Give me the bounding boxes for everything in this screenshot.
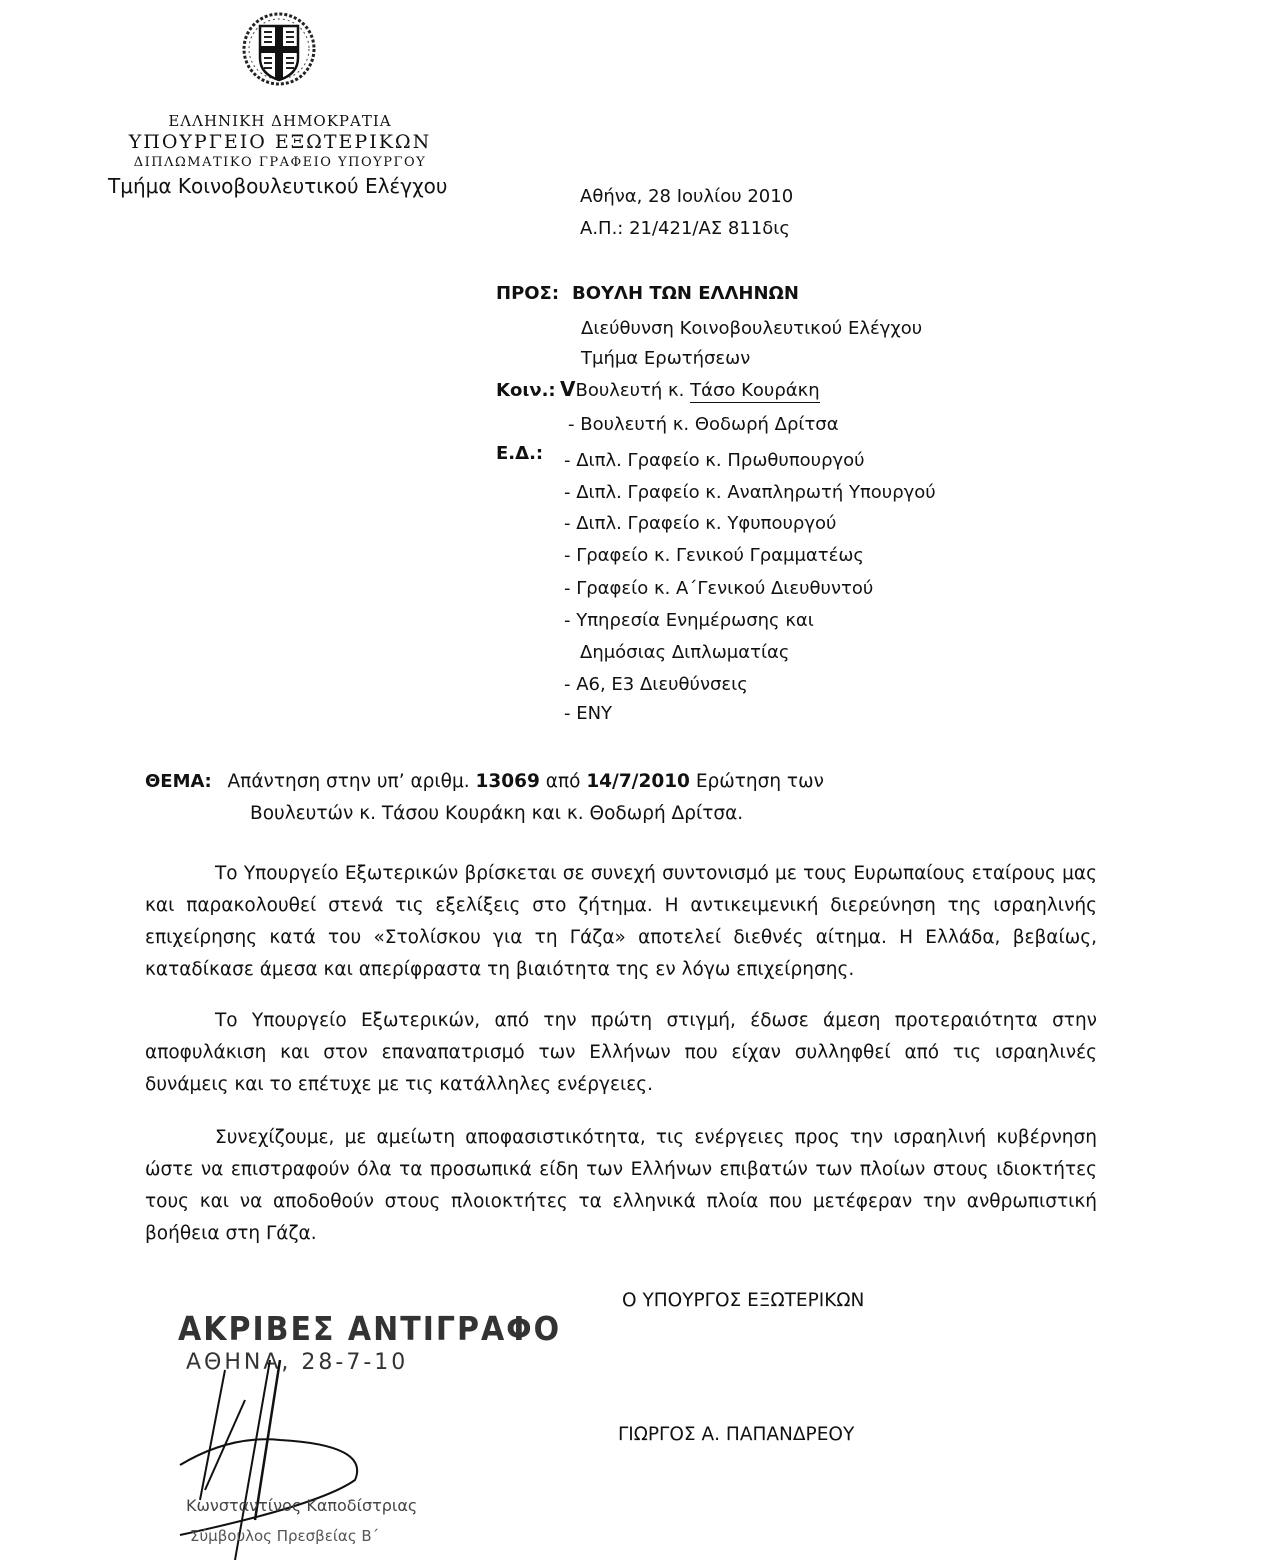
to-label: ΠΡΟΣ:	[496, 283, 559, 304]
internal-item: - Διπλ. Γραφείο κ. Υφυπουργού	[564, 513, 836, 534]
letterhead-office: ΔΙΠΛΩΜΑΤΙΚΟ ΓΡΑΦΕΙΟ ΥΠΟΥΡΓΟΥ	[100, 155, 460, 170]
body-paragraph: Συνεχίζουμε, με αμείωτη αποφασιστικότητα…	[145, 1122, 1097, 1250]
internal-item: - ΕΝΥ	[564, 703, 612, 724]
underlined-name: Τάσο Κουράκη	[690, 380, 820, 403]
letterhead-ministry: ΥΠΟΥΡΓΕΙΟ ΕΞΩΤΕΡΙΚΩΝ	[100, 131, 460, 153]
letterhead-department: Τμήμα Κοινοβουλευτικού Ελέγχου	[108, 174, 447, 198]
place-date: Αθήνα, 28 Ιουλίου 2010	[580, 186, 793, 207]
to-line-1: Διεύθυνση Κοινοβουλευτικού Ελέγχου	[581, 318, 922, 339]
greek-coat-of-arms-icon	[240, 8, 318, 90]
signatory-name: ΓΙΩΡΓΟΣ Α. ΠΑΠΑΝΔΡΕΟΥ	[618, 1424, 854, 1445]
internal-distribution-label: Ε.Δ.:	[496, 443, 543, 464]
internal-item: - Διπλ. Γραφείο κ. Πρωθυπουργού	[564, 450, 865, 471]
internal-item: Δημόσιας Διπλωματίας	[580, 642, 789, 663]
stamp-signer-name: Κωνσταντίνος Καποδίστριας	[186, 1496, 417, 1515]
internal-item: - Διπλ. Γραφείο κ. Αναπληρωτή Υπουργού	[564, 482, 936, 503]
subject-line: ΘΕΜΑ: Απάντηση στην υπ’ αριθμ. 13069 από…	[145, 771, 824, 792]
body-paragraph: Το Υπουργείο Εξωτερικών βρίσκεται σε συν…	[145, 858, 1097, 986]
cc-item: VΒουλευτή κ. Τάσο Κουράκη	[560, 377, 820, 401]
stamp-signer-role: Σύμβουλος Πρεσβείας Β΄	[190, 1527, 379, 1545]
internal-item: - Γραφείο κ. Α΄Γενικού Διευθυντού	[564, 578, 873, 599]
protocol-number: Α.Π.: 21/421/ΑΣ 811δις	[580, 218, 790, 239]
subject-label: ΘΕΜΑ:	[145, 771, 212, 792]
to-recipient: ΒΟΥΛΗ ΤΩΝ ΕΛΛΗΝΩΝ	[572, 283, 799, 304]
signatory-title: Ο ΥΠΟΥΡΓΟΣ ΕΞΩΤΕΡΙΚΩΝ	[622, 1290, 864, 1311]
cc-item: - Βουλευτή κ. Θοδωρή Δρίτσα	[568, 414, 839, 435]
internal-item: - Γραφείο κ. Γενικού Γραμματέως	[564, 545, 864, 566]
internal-item: - Υπηρεσία Ενημέρωσης και	[564, 610, 814, 631]
certified-copy-stamp: ΑΚΡΙΒΕΣ ΑΝΤΙΓΡΑΦΟ	[178, 1310, 561, 1349]
letterhead-republic: ΕΛΛΗΝΙΚΗ ΔΗΜΟΚΡΑΤΙΑ	[100, 112, 460, 130]
internal-item: - Α6, Ε3 Διευθύνσεις	[564, 674, 748, 695]
checkmark-icon: V	[560, 377, 575, 401]
cc-label: Κοιν.:	[496, 380, 556, 401]
body-paragraph: Το Υπουργείο Εξωτερικών, από την πρώτη σ…	[145, 1005, 1097, 1101]
subject-line-2: Βουλευτών κ. Τάσου Κουράκη και κ. Θοδωρή…	[250, 803, 743, 824]
to-line-2: Τμήμα Ερωτήσεων	[581, 348, 750, 369]
